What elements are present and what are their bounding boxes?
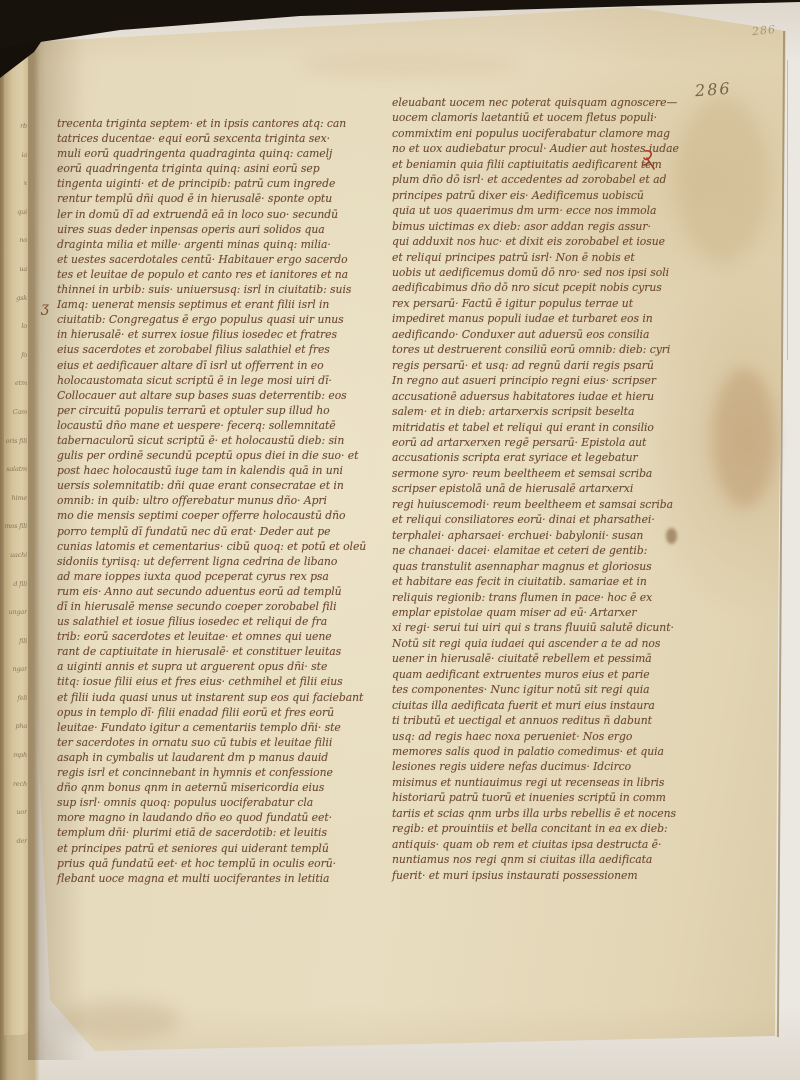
manuscript-line: quas transtulit asennaphar magnus et glo… [392, 559, 737, 574]
manuscript-scan: rbiaxquinouagsklofoetmCamoris filisalatm… [0, 0, 800, 1080]
gutter-fragment: x [0, 169, 27, 198]
folio-number-faint: 286 [751, 23, 776, 38]
manuscript-line: a uiginti annis et supra ut arguerent op… [57, 659, 389, 674]
manuscript-line: gulis per ordinē secundū pceptū opus die… [57, 448, 389, 463]
gutter-fragment: etm [0, 369, 27, 398]
manuscript-line: impediret manus populi iudae et turbaret… [392, 311, 737, 326]
manuscript-line: cunias latomis et cementarius· cibū quoq… [57, 539, 389, 554]
manuscript-line: us salathiel et iosue filius iosedec et … [57, 614, 389, 629]
manuscript-line: thinnei in urbib: suis· uniuersusq: isrl… [57, 282, 389, 297]
manuscript-line: ter sacerdotes in ornatu suo cū tubis et… [57, 735, 389, 750]
manuscript-line: trecenta triginta septem· et in ipsis ca… [57, 116, 389, 131]
manuscript-line: uires suas deder inpensas operis auri so… [57, 222, 389, 237]
manuscript-line: titq: iosue filii eius et fres eius· cet… [57, 674, 389, 689]
manuscript-line: scripser epistolā unā de hierusalē artar… [392, 481, 737, 496]
manuscript-line: et beniamin quia filii captiuitatis aedi… [392, 157, 737, 172]
gutter-fragment: fo [0, 341, 27, 370]
gutter-fragment: feli [0, 684, 27, 713]
manuscript-line: more magno in laudando dño eo quod funda… [57, 810, 389, 825]
manuscript-line: tes componentes· Nunc igitur notū sit re… [392, 682, 737, 697]
manuscript-line: terphalei· apharsaei· erchuei· babylonii… [392, 528, 737, 543]
manuscript-line: aedificando· Conduxer aut aduersū eos co… [392, 327, 737, 342]
manuscript-line: omnib: in quib: ultro offerebatur munus … [57, 493, 389, 508]
text-column-left: trecenta triginta septem· et in ipsis ca… [57, 116, 389, 886]
manuscript-line: leuitae· Fundato igitur a cementariis te… [57, 720, 389, 735]
manuscript-line: et uestes sacerdotales centū· Habitauer … [57, 252, 389, 267]
gutter-fragment: fili [0, 627, 27, 656]
manuscript-line: principes patrū dixer eis· Aedificemus u… [392, 188, 737, 203]
manuscript-line: tingenta uiginti· et de principib: patrū… [57, 176, 389, 191]
manuscript-line: accusationis scripta erat syriace et leg… [392, 450, 737, 465]
gutter-fragment: ungar [0, 598, 27, 627]
manuscript-line: ne chanaei· dacei· elamitae et ceteri de… [392, 543, 737, 558]
manuscript-line: Iamq: uenerat mensis septimus et erant f… [57, 297, 389, 312]
manuscript-line: tariis et scias qnm urbs illa urbs rebel… [392, 806, 737, 821]
manuscript-line: et reliqui consiliatores eorū· dinai et … [392, 512, 737, 527]
gutter-fragment: oris fili [0, 427, 27, 456]
manuscript-line: tabernaculorū sicut scriptū ē· et holoca… [57, 433, 389, 448]
manuscript-line: et habitare eas fecit in ciuitatib. sama… [392, 574, 737, 589]
gutter-fragment: d fili [0, 570, 27, 599]
paragraph-mark: ʒ [41, 300, 49, 316]
gutter-fragment: uachi [0, 541, 27, 570]
manuscript-line: ciuitas illa aedificata fuerit et muri e… [392, 698, 737, 713]
gutter-fragment: ia [0, 141, 27, 170]
manuscript-line: antiquis· quam ob rem et ciuitas ipsa de… [392, 837, 737, 852]
manuscript-line: Notū sit regi quia iudaei qui ascender a… [392, 636, 737, 651]
manuscript-line: dño qnm bonus qnm in aeternū misericordi… [57, 780, 389, 795]
manuscript-line: post haec holocaustū iuge tam in kalendi… [57, 463, 389, 478]
manuscript-line: sidoniis tyriisq: ut deferrent ligna ced… [57, 554, 389, 569]
manuscript-line: per circuitū populis terrarū et optuler … [57, 403, 389, 418]
manuscript-line: eius sacerdotes et zorobabel filius sala… [57, 342, 389, 357]
manuscript-line: flebant uoce magna et multi uociferantes… [57, 871, 389, 886]
manuscript-line: draginta milia et mille· argenti minas q… [57, 237, 389, 252]
gutter-fragment: gsk [0, 284, 27, 313]
text-column-right: eleuabant uocem nec poterat quisquam agn… [392, 95, 737, 883]
manuscript-line: uocem clamoris laetantiū et uocem fletus… [392, 110, 737, 125]
manuscript-line: eorū ad artarxerxen regē persarū· Episto… [392, 435, 737, 450]
manuscript-line: asaph in cymbalis ut laudarent dm p manu… [57, 750, 389, 765]
gutter-fragment: salatm [0, 455, 27, 484]
manuscript-line: regis isrl et concinnebant in hymnis et … [57, 765, 389, 780]
manuscript-line: et filii iuda quasi unus ut instarent su… [57, 690, 389, 705]
gutter-fragment: mph [0, 741, 27, 770]
manuscript-line: In regno aut asueri principio regni eius… [392, 373, 737, 388]
manuscript-line: uener in hierusalē· ciuitatē rebellem et… [392, 651, 737, 666]
manuscript-line: ad mare ioppes iuxta quod pceperat cyrus… [57, 569, 389, 584]
gutter-fragment: ngar [0, 655, 27, 684]
manuscript-line: rant de captiuitate in hierusalē· et con… [57, 644, 389, 659]
gutter-fragment: rb [0, 112, 27, 141]
manuscript-line: lesiones regis uidere nefas ducimus· Idc… [392, 759, 737, 774]
manuscript-line: eius et aedificauer altare dī isrl ut of… [57, 358, 389, 373]
manuscript-line: qui adduxit nos huc· et dixit eis zoroba… [392, 234, 737, 249]
manuscript-line: no et uox audiebatur procul· Audier aut … [392, 141, 737, 156]
manuscript-line: reliquis regionib: trans flumen in pace·… [392, 590, 737, 605]
manuscript-line: misimus et nuntiauimus regi ut recenseas… [392, 775, 737, 790]
manuscript-line: Collocauer aut altare sup bases suas det… [57, 388, 389, 403]
manuscript-line: sermone syro· reum beeltheem et semsai s… [392, 466, 737, 481]
manuscript-line: templum dñi· plurimi etiā de sacerdotib:… [57, 825, 389, 840]
manuscript-line: commixtim eni populus uociferabatur clam… [392, 126, 737, 141]
manuscript-line: sup isrl· omnis quoq: populus uociferaba… [57, 795, 389, 810]
manuscript-line: regis persarū· et usq: ad regnū darii re… [392, 358, 737, 373]
manuscript-line: tes et leuitae de populo et canto res et… [57, 267, 389, 282]
manuscript-line: tatrices ducentae· equi eorū sexcenta tr… [57, 131, 389, 146]
gutter-fragment: ua [0, 255, 27, 284]
gutter-fragment: mos fili [0, 512, 27, 541]
manuscript-line: quam aedificant extruentes muros eius et… [392, 667, 737, 682]
gutter-fragment: no [0, 226, 27, 255]
manuscript-line: uobis ut aedificemus domū dō nro· sed no… [392, 265, 737, 280]
manuscript-line: tores ut destruerent consiliū eorū omnib… [392, 342, 737, 357]
manuscript-line: rex persarū· Factū ē igitur populus terr… [392, 296, 737, 311]
gutter-fragment: Cam [0, 398, 27, 427]
manuscript-line: quia ut uos quaerimus dm urm· ecce nos i… [392, 203, 737, 218]
manuscript-line: xi regi· serui tui uiri qui s trans fluu… [392, 620, 737, 635]
manuscript-line: opus in templo dī· filii enadad filii eo… [57, 705, 389, 720]
gutter-fragment: der [0, 827, 27, 856]
manuscript-line: ti tributū et uectigal et annuos reditus… [392, 713, 737, 728]
manuscript-line: uersis solemnitatib: dñi quae erant cons… [57, 478, 389, 493]
manuscript-line: rum eis· Anno aut secundo aduentus eorū … [57, 584, 389, 599]
manuscript-line: aedificabimus dño dō nro sicut pcepit no… [392, 280, 737, 295]
manuscript-line: historiarū patrū tuorū et inuenies scrip… [392, 790, 737, 805]
manuscript-line: fuerit· et muri ipsius instaurati posses… [392, 868, 737, 883]
gutter-fragment: pha [0, 712, 27, 741]
manuscript-line: ler in domū dī ad extruendā eā in loco s… [57, 207, 389, 222]
manuscript-line: et principes patrū et seniores qui uider… [57, 841, 389, 856]
manuscript-line: dī in hierusalē mense secundo coeper zor… [57, 599, 389, 614]
page-edge-line [787, 60, 788, 360]
manuscript-line: emplar epistolae quam miser ad eū· Artar… [392, 605, 737, 620]
gutter-fragment: lo [0, 312, 27, 341]
gutter-fragment: qui [0, 198, 27, 227]
manuscript-line: memores salis quod in palatio comedimus·… [392, 744, 737, 759]
gutter-fragment: hime [0, 484, 27, 513]
manuscript-line: et reliqui principes patrū isrl· Non ē n… [392, 250, 737, 265]
gutter-fragment: uor [0, 798, 27, 827]
manuscript-line: porro templū dī fundatū nec dū erat· Ded… [57, 524, 389, 539]
manuscript-line: trib: eorū sacerdotes et leuitae· et omn… [57, 629, 389, 644]
manuscript-line: prius quā fundatū eet· et hoc templū in … [57, 856, 389, 871]
manuscript-line: bimus uictimas ex dieb: asor addan regis… [392, 219, 737, 234]
manuscript-line: salem· et in dieb: artarxerxis scripsit … [392, 404, 737, 419]
manuscript-line: accusationē aduersus habitatores iudae e… [392, 389, 737, 404]
manuscript-line: rentur templū dñi quod ē in hierusalē· s… [57, 191, 389, 206]
manuscript-line: locaustū dño mane et uespere· fecerq: so… [57, 418, 389, 433]
manuscript-line: holocaustomata sicut scriptū ē in lege m… [57, 373, 389, 388]
manuscript-line: in hierusalē· et surrex iosue filius ios… [57, 327, 389, 342]
manuscript-line: usq: ad regis haec noxa perueniet· Nos e… [392, 729, 737, 744]
manuscript-line: mo die mensis septimi coeper offerre hol… [57, 508, 389, 523]
manuscript-line: regib: et prouintiis et bella concitant … [392, 821, 737, 836]
manuscript-line: muli eorū quadringenta quadraginta quinq… [57, 146, 389, 161]
gutter-fragment: rech [0, 770, 27, 799]
manuscript-line: ciuitatib: Congregatus ē ergo populus qu… [57, 312, 389, 327]
manuscript-line: eorū quadringenta triginta quinq: asini … [57, 161, 389, 176]
manuscript-line: eleuabant uocem nec poterat quisquam agn… [392, 95, 737, 110]
manuscript-line: plum dño dō isrl· et accedentes ad zorob… [392, 172, 737, 187]
manuscript-line: nuntiamus nos regi qnm si ciuitas illa a… [392, 852, 737, 867]
manuscript-line: regi huiuscemodi· reum beeltheem et sams… [392, 497, 737, 512]
gutter-text-fragments: rbiaxquinouagsklofoetmCamoris filisalatm… [0, 112, 27, 872]
manuscript-line: mitridatis et tabel et reliqui qui erant… [392, 420, 737, 435]
